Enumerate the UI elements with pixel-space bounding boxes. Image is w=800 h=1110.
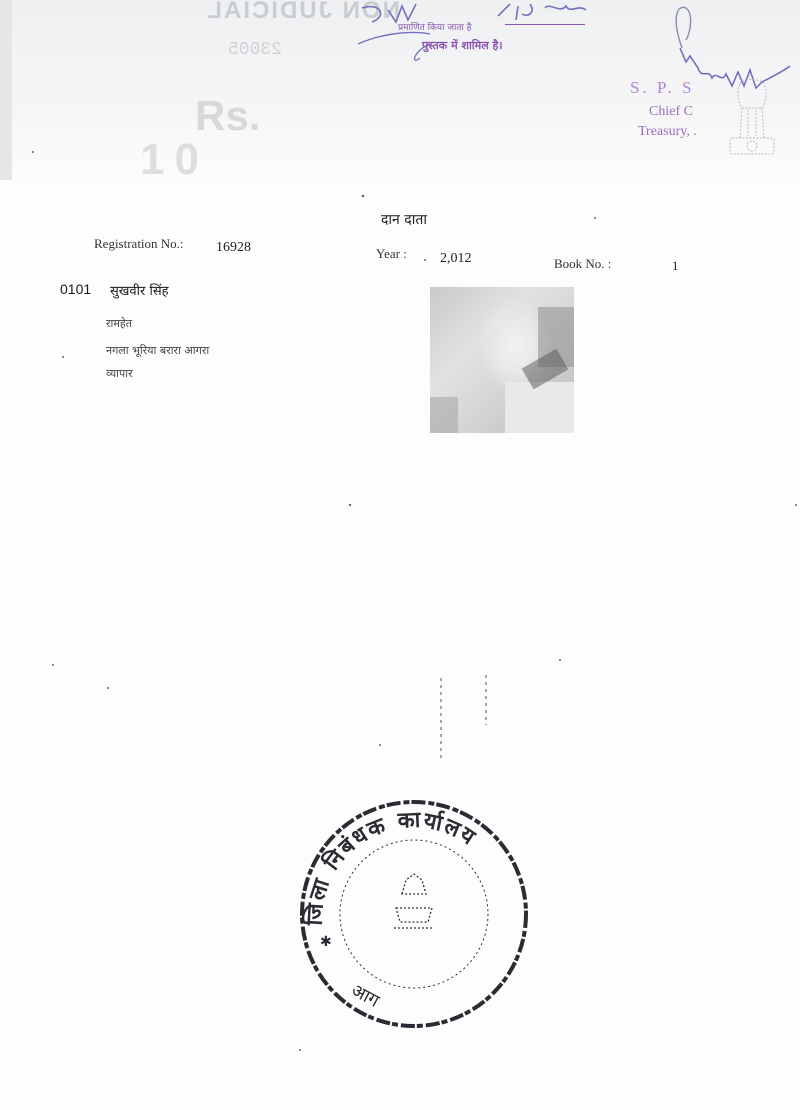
registration-number: 16928 xyxy=(216,240,251,256)
svg-text:आग: आग xyxy=(348,980,384,1012)
stamp-designation: Chief C xyxy=(649,104,693,120)
donor-father-name: रामहेत xyxy=(106,316,132,331)
photo-collar xyxy=(505,382,574,433)
document-title: दान दाता xyxy=(381,210,427,229)
paper-edge xyxy=(0,0,12,180)
national-emblem-icon xyxy=(722,78,782,160)
donor-occupation: व्यापार xyxy=(106,366,133,381)
book-label: Book No. : xyxy=(554,256,611,272)
donor-photo xyxy=(430,287,574,433)
photo-shadow xyxy=(430,397,458,433)
svg-text:जिला निबंधक कार्यालय: जिला निबंधक कार्यालय xyxy=(300,806,481,927)
stamp-hindi-line-1: प्रमाणित किया जाता है xyxy=(398,20,471,33)
registration-label: Registration No.: xyxy=(94,236,184,252)
stamp-officer-name: S. P. S xyxy=(630,78,694,98)
svg-text:✱: ✱ xyxy=(320,934,332,950)
year-value: 2,012 xyxy=(440,251,472,267)
stamp-underline xyxy=(505,24,585,25)
stamp-hindi-line-2: पुस्तक में शामिल है। xyxy=(422,38,503,53)
official-seal-icon: जिला निबंधक कार्यालय आग ✱ xyxy=(296,796,532,1032)
year-label: Year : xyxy=(376,246,407,262)
donor-name: सुखवीर सिंह xyxy=(110,281,169,299)
donor-code: 0101 xyxy=(60,281,91,297)
stamp-paper-serial: 23005 xyxy=(228,40,282,60)
book-number: 1 xyxy=(672,258,679,274)
stamp-paper-amount: 10 xyxy=(140,135,209,185)
stamp-paper-currency: Rs. xyxy=(195,92,260,140)
donor-address: नगला भूरिया बरारा आगरा xyxy=(106,343,209,358)
stamp-office: Treasury, . xyxy=(638,124,697,140)
